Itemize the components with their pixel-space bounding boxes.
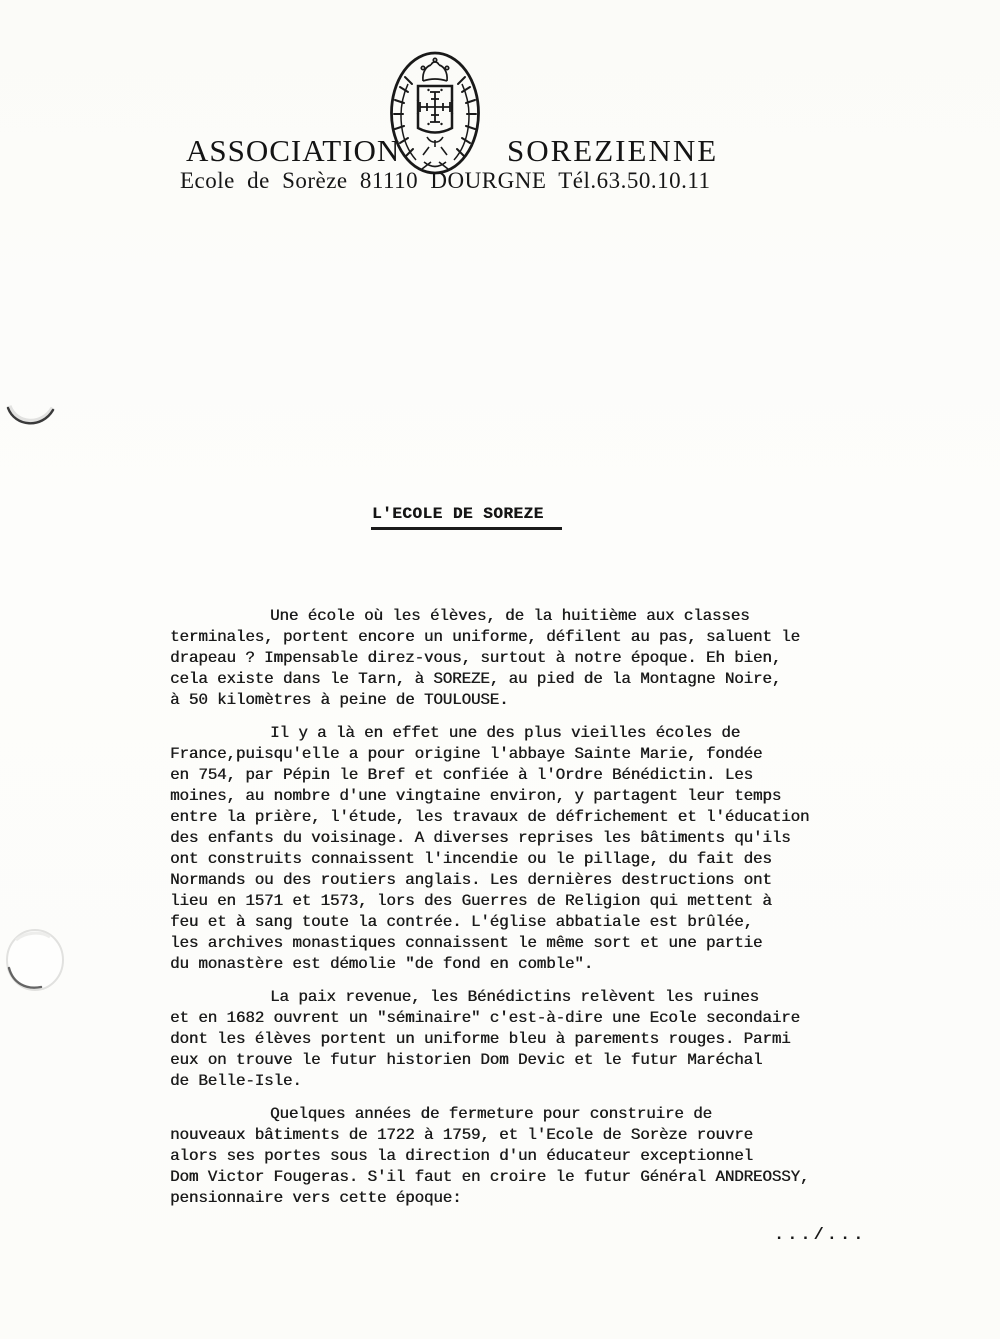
paragraph-4: Quelques années de fermeture pour constr… (170, 1104, 865, 1209)
association-label: ASSOCIATION (186, 133, 400, 169)
paragraph-2: Il y a là en effet une des plus vieilles… (170, 723, 865, 975)
hole-punch-top (5, 402, 57, 441)
sorezienne-label: SOREZIENNE (507, 133, 718, 169)
address-line: Ecole de Sorèze 81110 DOURGNE Tél.63.50.… (180, 168, 711, 194)
association-crest-icon (388, 50, 482, 181)
paragraph-1: Une école où les élèves, de la huitième … (170, 606, 865, 711)
hole-punch-bottom (3, 928, 69, 1001)
document-title: L'ECOLE DE SOREZE (371, 505, 562, 530)
scanned-document-page: ASSOCIATION (0, 0, 1000, 1339)
paragraph-3: La paix revenue, les Bénédictins relèven… (170, 987, 865, 1092)
document-body: Une école où les élèves, de la huitième … (170, 606, 865, 1221)
continuation-mark: .../... (774, 1226, 866, 1245)
